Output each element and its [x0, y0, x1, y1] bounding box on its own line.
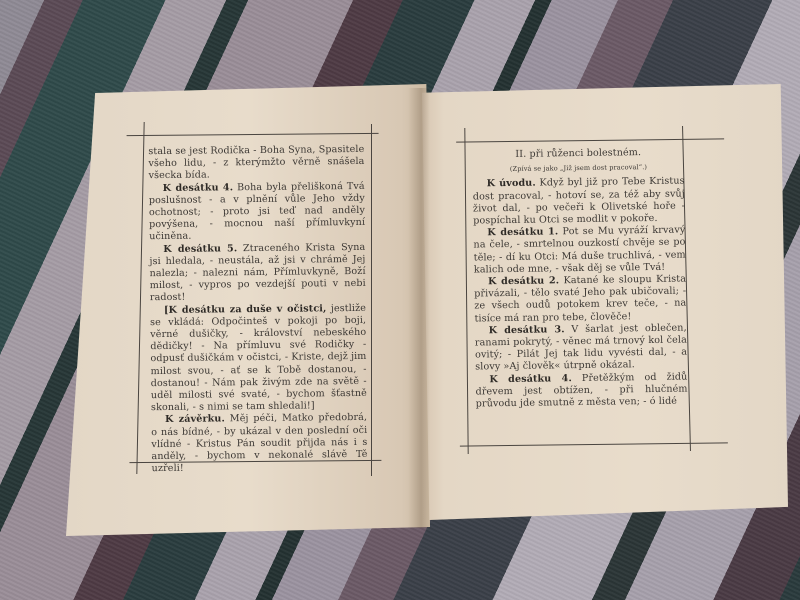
left-page-text: stala se jest Rodička - Boha Syna, Spasi… [148, 144, 367, 476]
paragraph: K závěrku. Měj péči, Matko předobrá, o n… [151, 412, 368, 475]
paragraph-lead: K desátku 4. [163, 182, 234, 194]
paragraph-lead: K desátku 5. [163, 243, 237, 255]
paragraph-lead: K úvodu. [487, 178, 536, 190]
right-page-text: II. při růženci bolestném. (Zpívá se jak… [472, 147, 688, 411]
paragraph-lead: K desátku 2. [488, 275, 559, 287]
section-subheading: (Zpívá se jako „Již jsem dost pracoval“.… [472, 161, 684, 176]
section-heading: II. při růženci bolestném. [472, 147, 684, 162]
paragraph: K desátku 4. Přetěžkým od židů dřevem je… [475, 371, 687, 411]
book-spine [408, 88, 430, 528]
left-frame-vline-right [371, 124, 372, 476]
paragraph-text: stala se jest Rodička - Boha Syna, Spasi… [148, 144, 364, 182]
paragraph-lead: [K desátku za duše v očistci, [164, 303, 327, 316]
paragraph-lead: K desátku 3. [489, 324, 565, 336]
paragraph: K úvodu. Když byl již pro Tebe Kristus d… [473, 176, 686, 228]
paragraph-text: jestliže se vkládá: Odpočinteš v pokoji … [150, 303, 367, 414]
paragraph: stala se jest Rodička - Boha Syna, Spasi… [148, 144, 364, 183]
paragraph-lead: K závěrku. [165, 414, 225, 426]
paragraph-lead: K desátku 1. [487, 227, 558, 239]
paragraph: K desátku 5. Ztraceného Krista Syna jsi … [149, 241, 366, 304]
paragraph: K desátku 1. Pot se Mu vyráží krvavý na … [473, 225, 686, 277]
paragraph: K desátku 2. Katané ke sloupu Krista při… [474, 274, 687, 326]
open-booklet: stala se jest Rodička - Boha Syna, Spasi… [0, 0, 800, 600]
paragraph-lead: K desátku 4. [489, 373, 572, 385]
paragraph: [K desátku za duše v očistci, jestliže s… [150, 303, 367, 415]
paragraph: K desátku 3. V šarlat jest oblečen, rana… [475, 322, 688, 374]
paragraph: K desátku 4. Boha byla přeliškoná Tvá po… [149, 180, 366, 243]
